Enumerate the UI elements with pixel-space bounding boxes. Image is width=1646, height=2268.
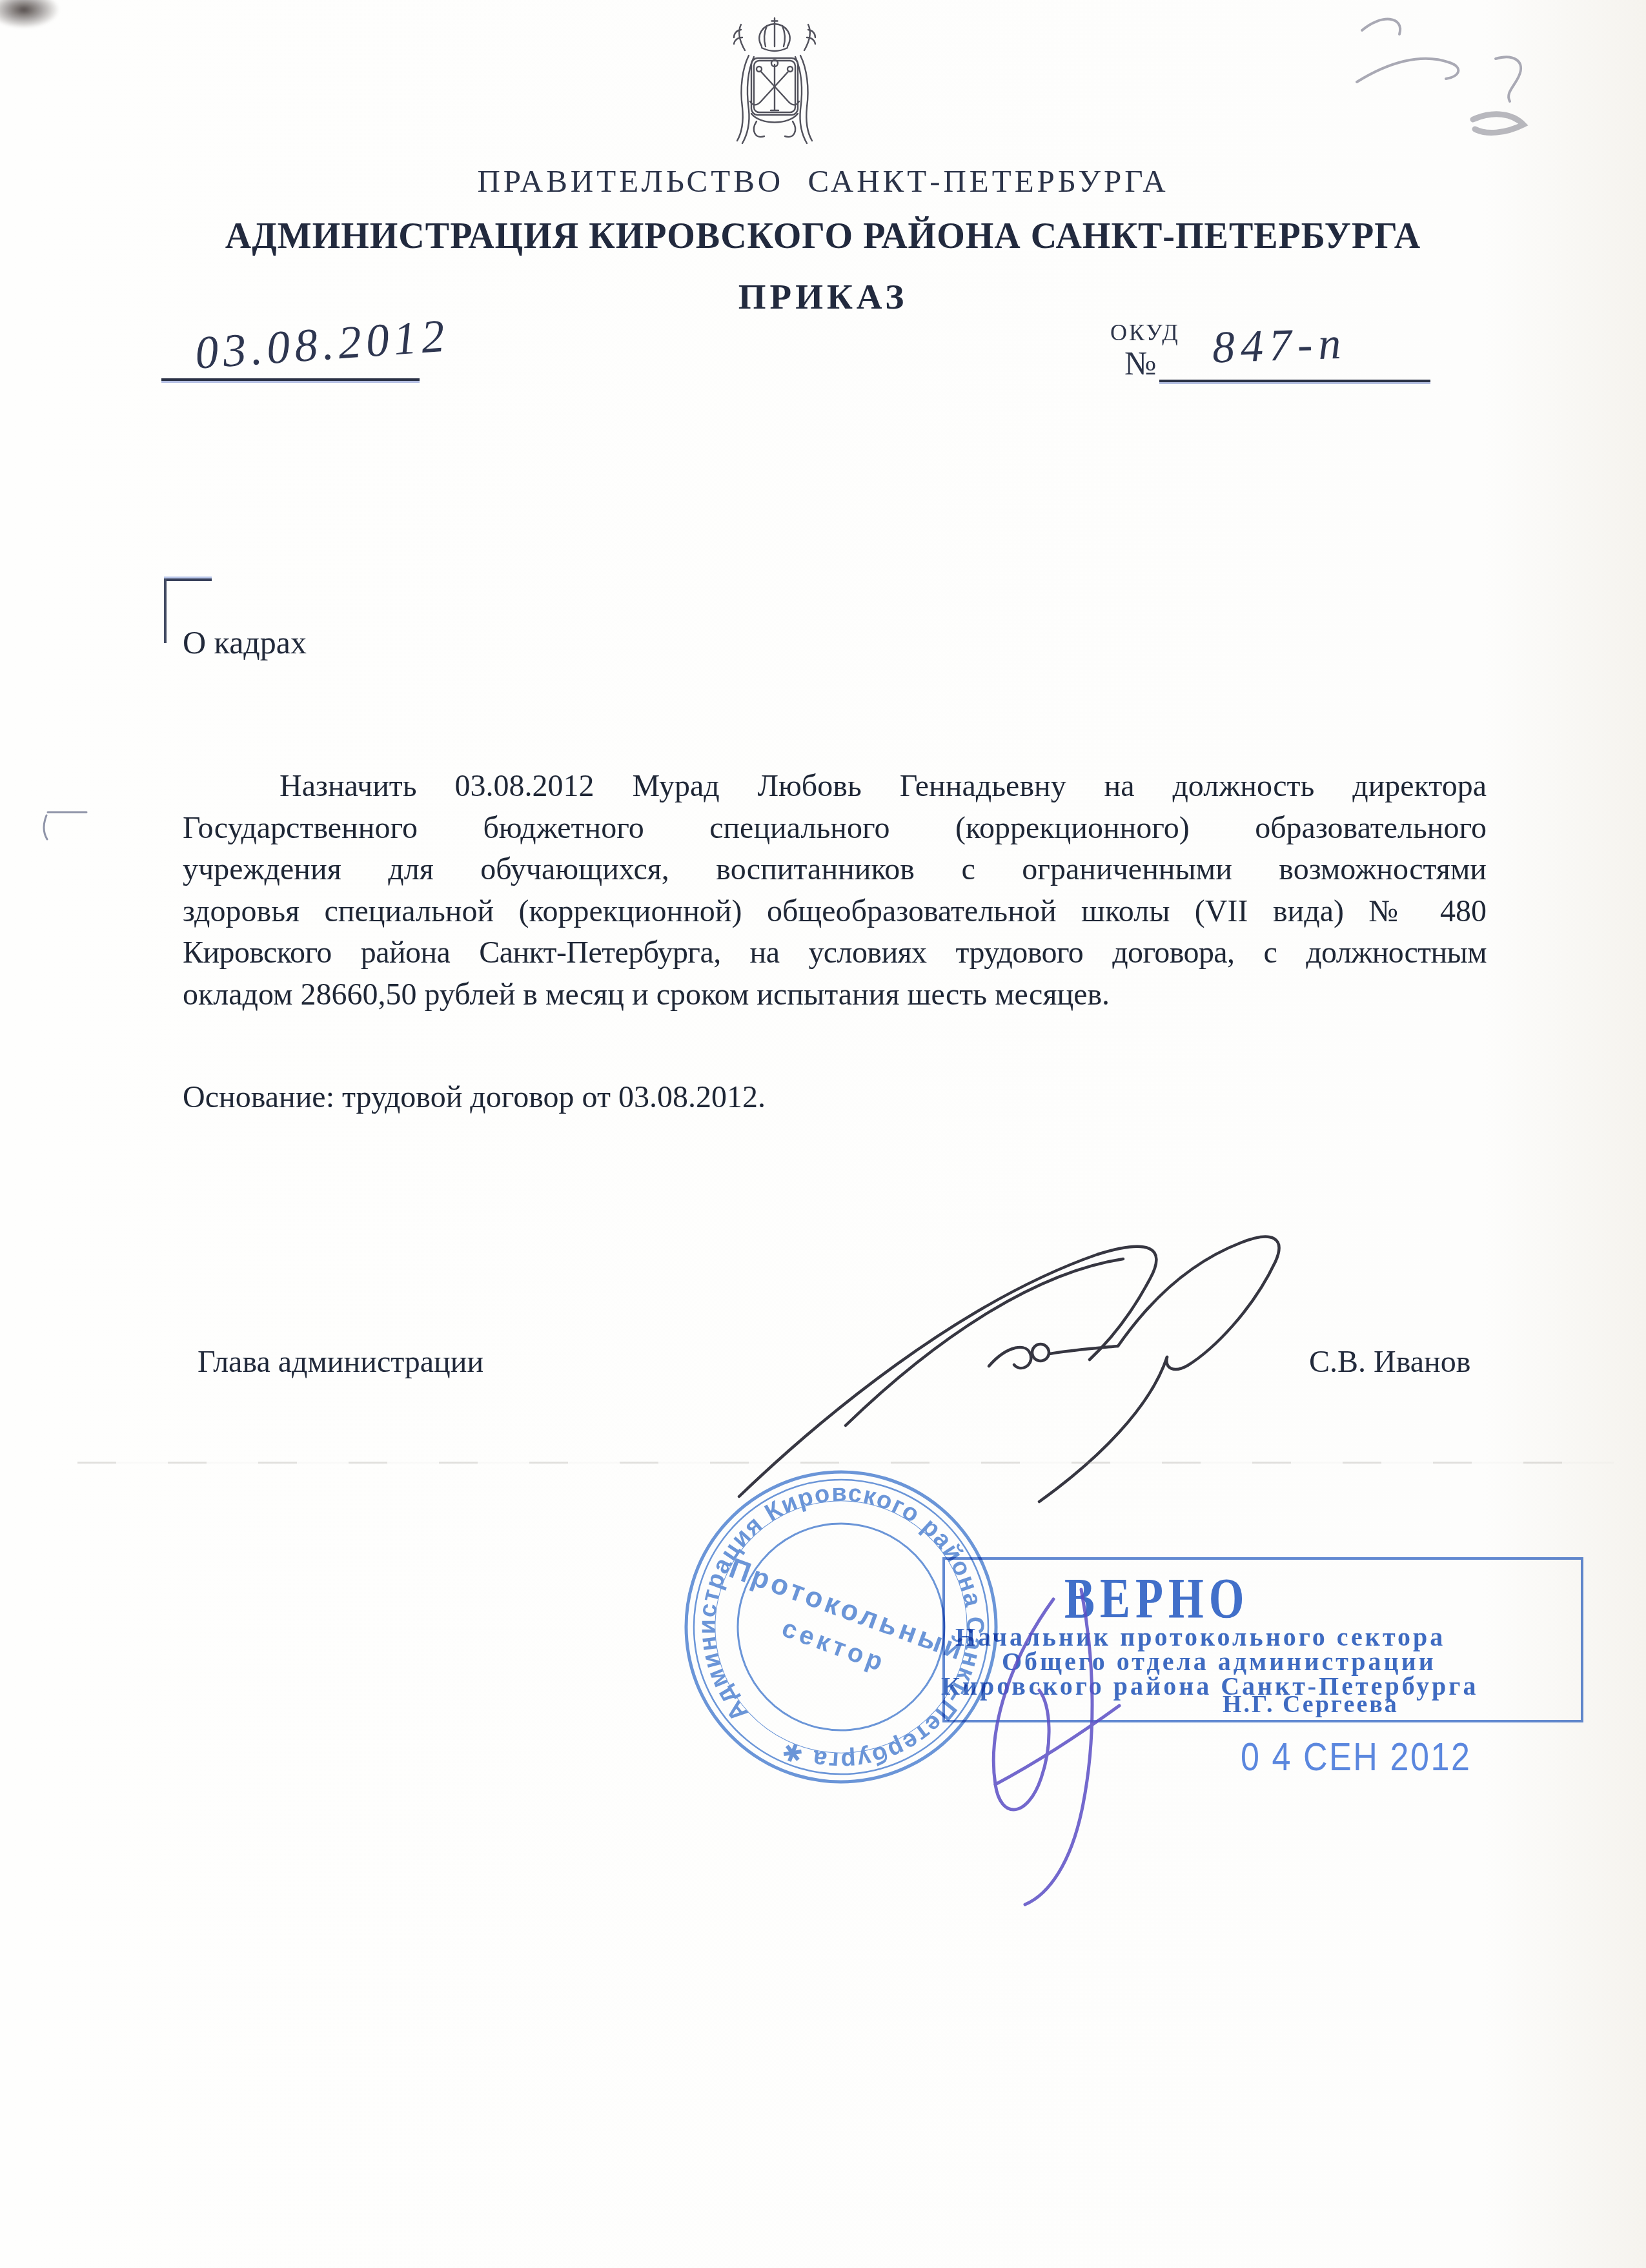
certification-stamp-signer: Н.Г. Сергеева (1223, 1690, 1399, 1719)
paragraph-line: учреждения для обучающихся, воспитаннико… (183, 849, 1487, 891)
paragraph-line: окладом 28660,50 рублей в месяц и сроком… (183, 974, 1487, 1016)
sergeeva-signature (949, 1570, 1168, 1945)
corner-mark-horizontal (164, 578, 212, 581)
order-paragraph: Назначить 03.08.2012 Мурад Любовь Геннад… (183, 766, 1487, 1016)
government-line: ПРАВИТЕЛЬСТВО САНКТ-ПЕТЕРБУРГА (0, 163, 1646, 199)
paper-fold-line (77, 1462, 1614, 1464)
coat-of-arms-icon (710, 15, 839, 164)
paragraph-line: Назначить 03.08.2012 Мурад Любовь Геннад… (183, 766, 1487, 808)
date-underline (161, 378, 420, 381)
subject-line: О кадрах (183, 624, 307, 661)
corner-mark-vertical (164, 578, 167, 643)
date-stamp: 0 4 СЕН 2012 (1241, 1734, 1471, 1780)
handwritten-number: 847-п (1212, 318, 1348, 374)
position-title: Глава администрации (198, 1344, 483, 1380)
paragraph-line: Государственного бюджетного специального… (183, 808, 1487, 850)
paragraph-line: здоровья специальной (коррекционной) общ… (183, 891, 1487, 933)
administration-line: АДМИНИСТРАЦИЯ КИРОВСКОГО РАЙОНА САНКТ-ПЕ… (0, 216, 1646, 257)
number-sign: № (1124, 345, 1157, 383)
handwritten-date: 03.08.2012 (194, 309, 451, 380)
basis-line: Основание: трудовой договор от 03.08.201… (183, 1079, 766, 1115)
doc-type-title: ПРИКАЗ (0, 276, 1646, 317)
okud-label: ОКУД (1110, 319, 1180, 346)
paragraph-line: Кировского района Санкт-Петербурга, на у… (183, 932, 1487, 974)
margin-pencil-mark (37, 799, 102, 851)
scanned-document-page: ПРАВИТЕЛЬСТВО САНКТ-ПЕТЕРБУРГА АДМИНИСТР… (0, 0, 1646, 2268)
number-underline (1159, 380, 1430, 382)
scan-smudge-top-left (0, 0, 59, 28)
pencil-scribble-top-right (1343, 3, 1646, 158)
